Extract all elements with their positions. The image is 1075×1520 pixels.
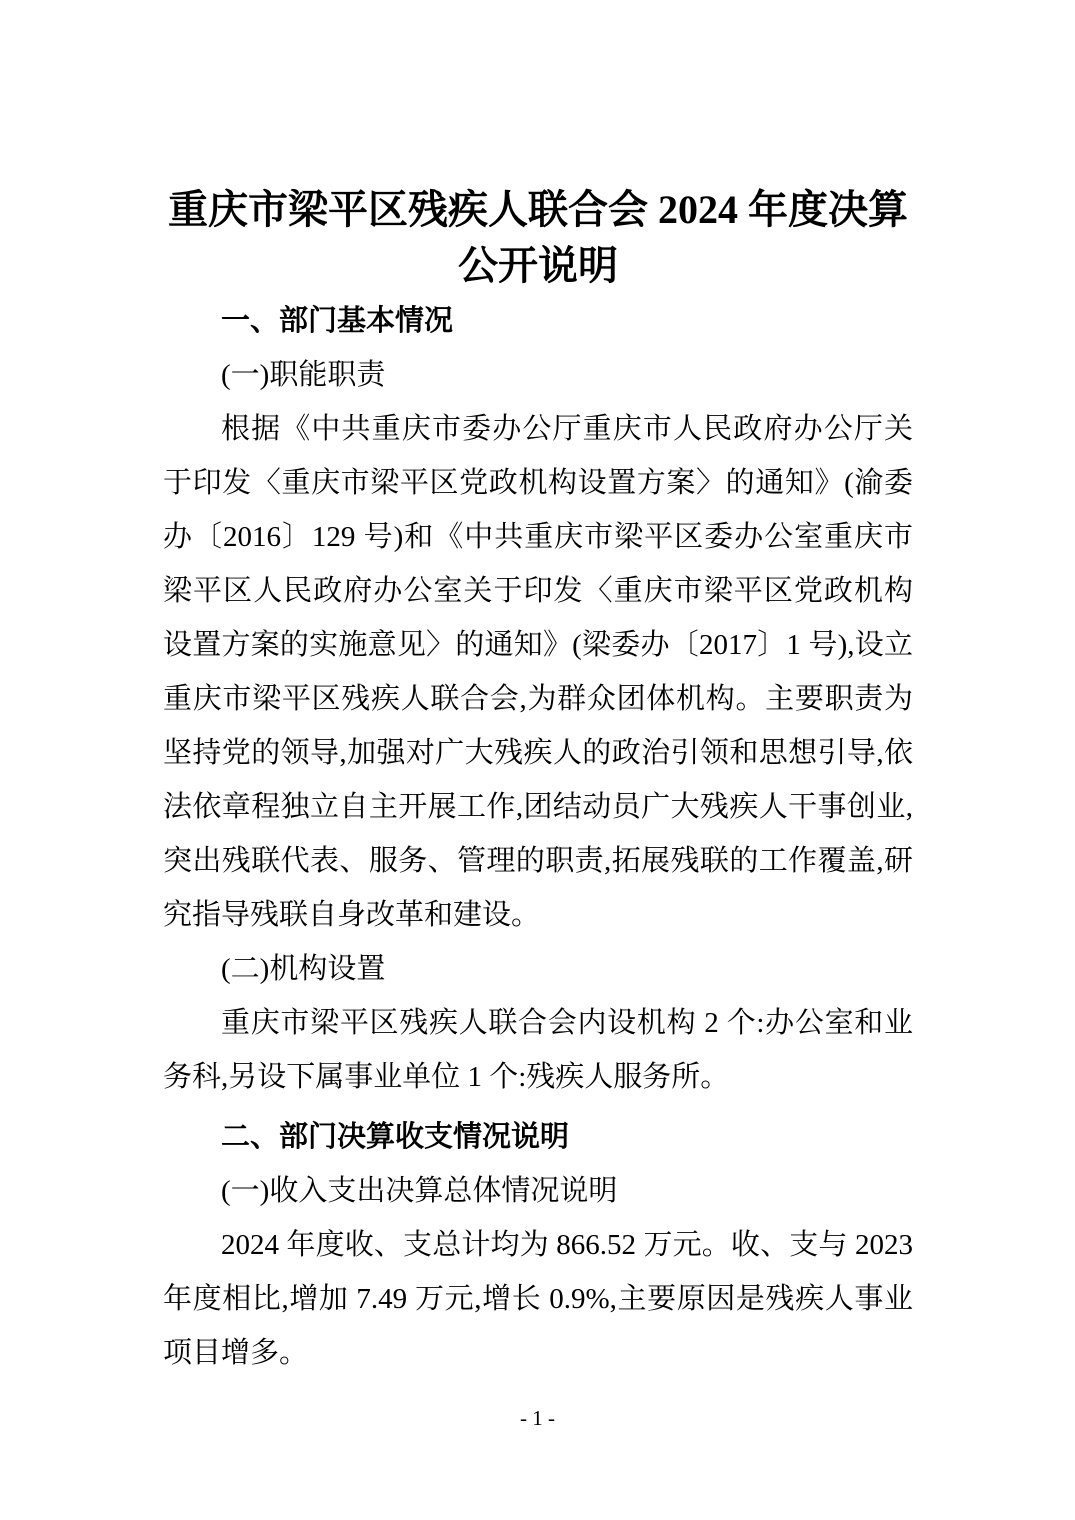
paragraph-org-setup: 重庆市梁平区残疾人联合会内设机构 2 个:办公室和业务科,另设下属事业单位 1 … <box>163 996 913 1104</box>
subheading-duties: (一)职能职责 <box>163 348 913 402</box>
subheading-income-expense-overview: (一)收入支出决算总体情况说明 <box>163 1164 913 1218</box>
page-number: - 1 - <box>0 1404 1075 1432</box>
paragraph-duties: 根据《中共重庆市委办公厅重庆市人民政府办公厅关于印发〈重庆市梁平区党政机构设置方… <box>163 402 913 942</box>
section-heading-basic-info: 一、部门基本情况 <box>163 294 913 348</box>
paragraph-income-expense-overview: 2024 年度收、支总计均为 866.52 万元。收、支与 2023 年度相比,… <box>163 1218 913 1380</box>
subheading-org-setup: (二)机构设置 <box>163 942 913 996</box>
document-page: 重庆市梁平区残疾人联合会 2024 年度决算公开说明 一、部门基本情况 (一)职… <box>0 0 1075 1520</box>
page-title: 重庆市梁平区残疾人联合会 2024 年度决算公开说明 <box>153 182 923 294</box>
section-heading-final-accounts: 二、部门决算收支情况说明 <box>163 1110 913 1164</box>
